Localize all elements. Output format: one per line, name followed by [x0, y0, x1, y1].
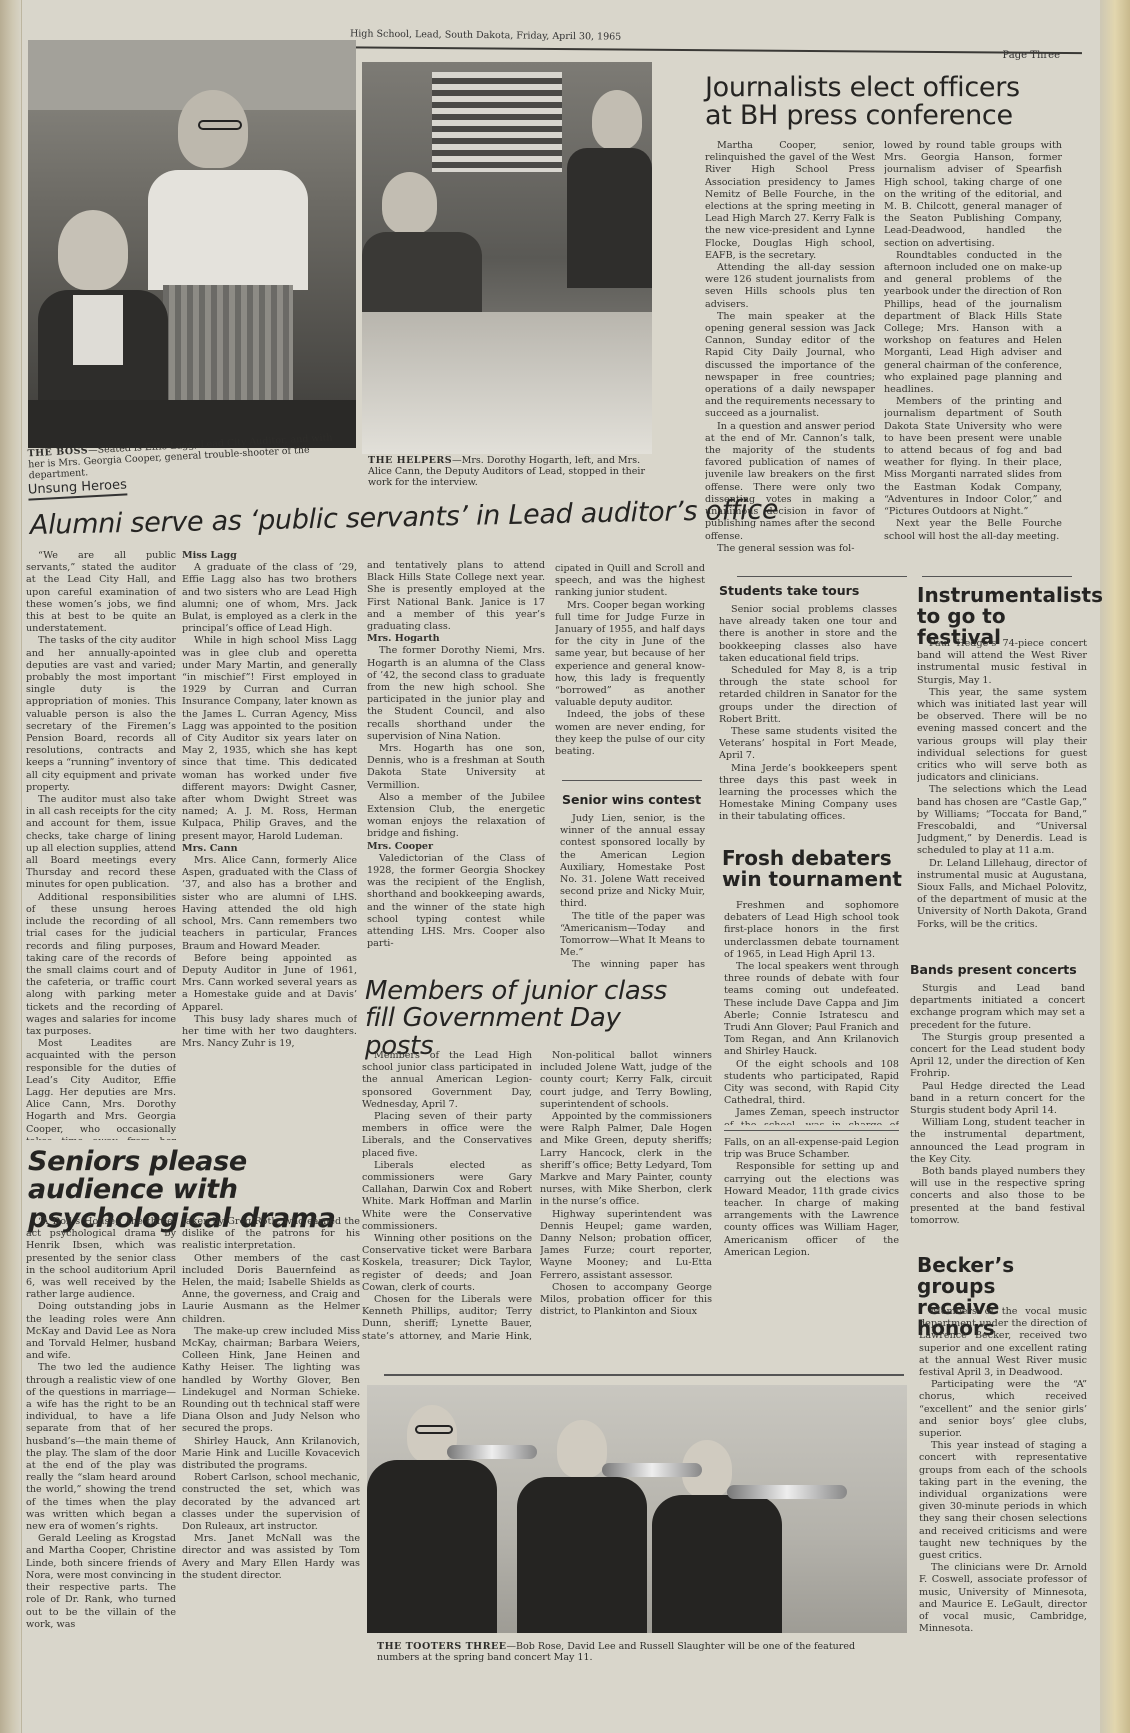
- paragraph: The main speaker at the opening general …: [705, 311, 875, 421]
- subhead-miss-lagg: Miss Lagg: [182, 550, 357, 562]
- paragraph: Liberals elected as commissioners were G…: [362, 1160, 532, 1233]
- paragraph: lowed by round table groups with Mrs. Ge…: [884, 140, 1062, 250]
- paragraph: This year instead of staging a concert w…: [919, 1440, 1087, 1562]
- paragraph: Additional responsibilities of these uns…: [26, 892, 176, 1038]
- paragraph: Shirley Hauck, Ann Krilanovich, Marie Hi…: [182, 1436, 360, 1473]
- paragraph: The title of the paper was “Americanism—…: [560, 911, 705, 960]
- paragraph: James Zeman, speech instructor of the sc…: [724, 1107, 899, 1125]
- paragraph: Mrs. Janet McNall was the director and w…: [182, 1533, 360, 1582]
- paragraph: Both bands played numbers they will use …: [910, 1166, 1085, 1227]
- paragraph: Indeed, the jobs of these women are neve…: [555, 709, 705, 758]
- person-head-seated: [58, 210, 128, 290]
- headline-frosh-debaters: Frosh debaters win tournament: [722, 848, 902, 890]
- divider: [724, 1130, 899, 1131]
- eyeglasses-icon: [198, 120, 242, 130]
- alumni-col-4: cipated in Quill and Scroll and speech, …: [555, 563, 705, 763]
- divider: [737, 576, 907, 577]
- paragraph: The winning paper has now gone to Distri…: [560, 959, 705, 973]
- paragraph: The local speakers went through three ro…: [724, 961, 899, 1059]
- paragraph: Of the eight schools and 108 students wh…: [724, 1059, 899, 1108]
- person-head-seated: [382, 172, 437, 234]
- becker-body: Members of the vocal music department un…: [919, 1306, 1087, 1676]
- headline-junior-class: Members of junior class fill Government …: [365, 978, 695, 1060]
- paragraph: The former Dorothy Niemi, Mrs. Hogarth i…: [367, 645, 545, 743]
- paragraph: Attending the all-day session were 126 s…: [705, 262, 875, 311]
- newspaper-page: High School, Lead, South Dakota, Friday,…: [22, 0, 1100, 1733]
- caption-the-helpers: THE HELPERS—Mrs. Dorothy Hogarth, left, …: [368, 455, 652, 488]
- page-binding-right: [1100, 0, 1130, 1733]
- photo-the-boss: [28, 40, 356, 448]
- paragraph: The tasks of the city auditor and her an…: [26, 635, 176, 794]
- paragraph: The auditor must also take in all cash r…: [26, 794, 176, 892]
- person-jacket-2: [517, 1477, 647, 1633]
- paragraph: Members of the printing and journalism d…: [884, 396, 1062, 518]
- paragraph: cipated in Quill and Scroll and speech, …: [555, 563, 705, 600]
- caption-tooters-three: THE TOOTERS THREE—Bob Rose, David Lee an…: [377, 1641, 897, 1663]
- headline-senior-contest: Senior wins contest: [562, 793, 701, 806]
- paragraph: Winning other positions on the Conservat…: [362, 1233, 532, 1294]
- paragraph: Appointed by the commissioners were Ralp…: [540, 1111, 712, 1209]
- paragraph: and tentatively plans to attend Black Hi…: [367, 560, 545, 633]
- paragraph: Participating were the “A” chorus, which…: [919, 1379, 1087, 1440]
- paragraph: The clinicians were Dr. Arnold F. Coswel…: [919, 1562, 1087, 1635]
- paragraph: These same students visited the Veterans…: [719, 726, 897, 763]
- paragraph: Sturgis and Lead band departments initia…: [910, 983, 1085, 1032]
- junior-col-3: Falls, on an all-expense-paid Legion tri…: [724, 1137, 899, 1337]
- junior-col-2: Non-political ballot winners included Jo…: [540, 1050, 712, 1340]
- paragraph: Robert Carlson, school mechanic, constru…: [182, 1472, 360, 1533]
- bands-body: Sturgis and Lead band departments initia…: [910, 983, 1085, 1245]
- paragraph: William Long, student teacher in the ins…: [910, 1117, 1085, 1166]
- divider: [922, 576, 1072, 577]
- paragraph: Non-political ballot winners included Jo…: [540, 1050, 712, 1111]
- paragraph: The selections which the Lead band has c…: [917, 784, 1087, 857]
- paragraph: Most Leadites are acquainted with the pe…: [26, 1038, 176, 1140]
- person-blouse: [148, 170, 308, 290]
- subhead-mrs-cann: Mrs. Cann: [182, 843, 357, 855]
- seniors-col-1: “A Doll’s House,” the three-act psycholo…: [26, 1216, 176, 1716]
- paragraph: Valedictorian of the Class of 1928, the …: [367, 853, 545, 951]
- paragraph: Members of the vocal music department un…: [919, 1306, 1087, 1379]
- subhead-mrs-cooper: Mrs. Cooper: [367, 841, 545, 853]
- person-collar: [73, 295, 123, 365]
- paragraph: “We are all public servants,” stated the…: [26, 550, 176, 635]
- paragraph: Paul Hedge directed the Lead band in a r…: [910, 1081, 1085, 1118]
- paragraph: Members of the Lead High school junior c…: [362, 1050, 532, 1111]
- paragraph: Mina Jerde’s bookkeepers spent three day…: [719, 763, 897, 824]
- alumni-col-1: “We are all public servants,” stated the…: [26, 550, 176, 1140]
- paragraph: Highway superintendent was Dennis Heupel…: [540, 1209, 712, 1282]
- paragraph: Paul Hedge’s 74-piece concert band will …: [917, 638, 1087, 687]
- paragraph: Dr. Leland Lillehaug, director of instru…: [917, 858, 1087, 931]
- paragraph: This busy lady shares much of her time w…: [182, 1014, 357, 1051]
- headline-journalists: Journalists elect officers at BH press c…: [705, 74, 1035, 131]
- paragraph: Before being appointed as Deputy Auditor…: [182, 953, 357, 1014]
- headline-students-tours: Students take tours: [719, 584, 859, 597]
- person-jacket-3: [652, 1495, 782, 1633]
- alumni-col-2: Miss Lagg A graduate of the class of ’29…: [182, 550, 357, 1140]
- trumpet-icon: [602, 1463, 702, 1477]
- window-blinds: [432, 72, 562, 172]
- tours-body: Senior social problems classes have alre…: [719, 604, 897, 842]
- divider: [562, 780, 702, 781]
- paragraph: Also a member of the Jubilee Extension C…: [367, 792, 545, 841]
- paragraph: The make-up crew included Miss McKay, ch…: [182, 1326, 360, 1436]
- person-head-2: [557, 1420, 607, 1478]
- journalists-col-2: lowed by round table groups with Mrs. Ge…: [884, 140, 1062, 570]
- paragraph: A graduate of the class of ’29, Effie La…: [182, 562, 357, 635]
- paragraph: Senior social problems classes have alre…: [719, 604, 897, 665]
- caption-lead: THE HELPERS: [368, 455, 452, 466]
- paragraph: Responsible for setting up and carrying …: [724, 1161, 899, 1259]
- seniors-col-2: taken by Greg Roth, who earned the disli…: [182, 1216, 360, 1716]
- trumpet-icon: [447, 1445, 537, 1459]
- frosh-body: Freshmen and sophomore debaters of Lead …: [724, 900, 899, 1125]
- senior-contest-body: Judy Lien, senior, is the winner of the …: [560, 813, 705, 973]
- paragraph: Judy Lien, senior, is the winner of the …: [560, 813, 705, 911]
- page-binding-left: [0, 0, 22, 1733]
- paragraph: The Sturgis group presented a concert fo…: [910, 1032, 1085, 1081]
- paragraph: The two led the audience through a reali…: [26, 1362, 176, 1533]
- paragraph: Freshmen and sophomore debaters of Lead …: [724, 900, 899, 961]
- person-jacket-1: [367, 1460, 497, 1633]
- photo-tooters-three: [367, 1385, 907, 1633]
- paragraph: This year, the same system which was ini…: [917, 687, 1087, 785]
- paragraph: Roundtables conducted in the afternoon i…: [884, 250, 1062, 396]
- desk-papers: [362, 312, 652, 454]
- paragraph: The general session was fol-: [705, 543, 875, 555]
- paragraph: Mrs. Alice Cann, formerly Alice Aspen, g…: [182, 855, 357, 953]
- person-dress: [567, 148, 652, 288]
- paragraph: Mrs. Cooper began working full time for …: [555, 600, 705, 710]
- eyeglasses-icon: [415, 1425, 453, 1434]
- paragraph: Other members of the cast included Doris…: [182, 1253, 360, 1326]
- person-head-standing: [592, 90, 642, 150]
- paragraph: While in high school Miss Lagg was in gl…: [182, 635, 357, 842]
- divider: [384, 1374, 904, 1376]
- junior-col-1: Members of the Lead High school junior c…: [362, 1050, 532, 1340]
- trumpet-icon: [727, 1485, 847, 1499]
- headline-bands-concerts: Bands present concerts: [910, 963, 1077, 976]
- instrumentalists-body: Paul Hedge’s 74-piece concert band will …: [917, 638, 1087, 954]
- paragraph: Falls, on an all-expense-paid Legion tri…: [724, 1137, 899, 1161]
- kicker-unsung-heroes: Unsung Heroes: [28, 477, 128, 500]
- paragraph: Chosen to accompany George Milos, probat…: [540, 1282, 712, 1319]
- headline-alumni: Alumni serve as ‘public servants’ in Lea…: [30, 498, 710, 541]
- paragraph: Placing seven of their party members in …: [362, 1111, 532, 1160]
- paragraph: taken by Greg Roth, who earned the disli…: [182, 1216, 360, 1253]
- photo-the-helpers: [362, 62, 652, 454]
- caption-lead: THE TOOTERS THREE: [377, 1641, 507, 1652]
- paragraph: Chosen for the Liberals were Kenneth Phi…: [362, 1294, 532, 1340]
- folio-line: High School, Lead, South Dakota, Friday,…: [350, 28, 621, 42]
- alumni-col-3: and tentatively plans to attend Black Hi…: [367, 560, 545, 980]
- paragraph: Scheduled for May 8, is a trip through t…: [719, 665, 897, 726]
- paragraph: Martha Cooper, senior, relinquished the …: [705, 140, 875, 262]
- paragraph: Next year the Belle Fourche school will …: [884, 518, 1062, 542]
- subhead-mrs-hogarth: Mrs. Hogarth: [367, 633, 545, 645]
- paragraph: Doing outstanding jobs in the leading ro…: [26, 1301, 176, 1362]
- paragraph: “A Doll’s House,” the three-act psycholo…: [26, 1216, 176, 1301]
- paragraph: Mrs. Hogarth has one son, Dennis, who is…: [367, 743, 545, 792]
- paragraph: Gerald Leeling as Krogstad and Martha Co…: [26, 1533, 176, 1631]
